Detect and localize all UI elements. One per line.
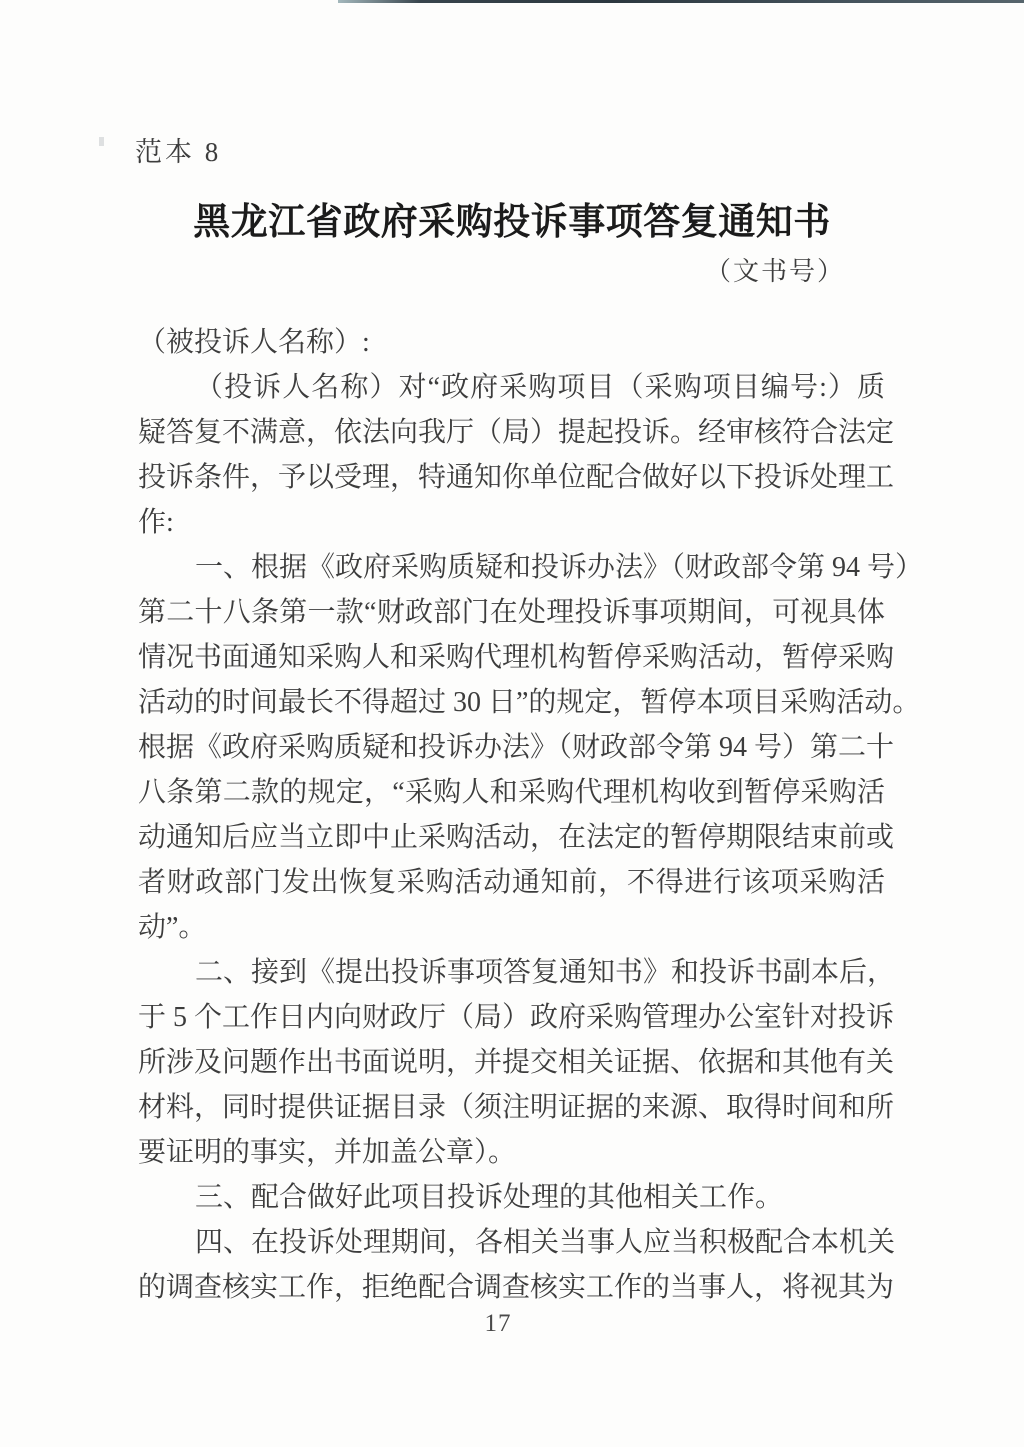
document-title: 黑龙江省政府采购投诉事项答复通知书	[0, 191, 1024, 245]
body-line: 作:	[138, 500, 885, 545]
body-line: 所涉及问题作出书面说明，并提交相关证据、依据和其他有关	[138, 1040, 885, 1085]
body-line: 一、根据《政府采购质疑和投诉办法》（财政部令第 94 号）	[138, 545, 885, 590]
page-number: 17	[0, 1310, 996, 1338]
body-line-salutation: （被投诉人名称）:	[138, 320, 885, 365]
body-line: 八条第二款的规定，“采购人和采购代理机构收到暂停采购活	[138, 770, 885, 815]
scan-artifact-speck	[99, 137, 104, 146]
document-number-placeholder: （文书号）	[705, 251, 845, 288]
body-line: 活动的时间最长不得超过 30 日”的规定，暂停本项目采购活动。	[138, 680, 885, 725]
scan-artifact-line	[338, 0, 1024, 3]
body-line: 三、配合做好此项目投诉处理的其他相关工作。	[138, 1175, 885, 1220]
body-line: 情况书面通知采购人和采购代理机构暂停采购活动，暂停采购	[138, 635, 885, 680]
body-line: 动”。	[138, 905, 885, 950]
body-line: 投诉条件，予以受理，特通知你单位配合做好以下投诉处理工	[138, 455, 885, 500]
body-line: 的调查核实工作，拒绝配合调查核实工作的当事人，将视其为	[138, 1265, 885, 1310]
body-line: 于 5 个工作日内向财政厅（局）政府采购管理办公室针对投诉	[138, 995, 885, 1040]
body-line: 要证明的事实，并加盖公章）。	[138, 1130, 885, 1175]
template-label: 范本 8	[135, 130, 221, 169]
body-line: 者财政部门发出恢复采购活动通知前，不得进行该项采购活	[138, 860, 885, 905]
body-line: 根据《政府采购质疑和投诉办法》（财政部令第 94 号）第二十	[138, 725, 885, 770]
body-line: 动通知后应当立即中止采购活动，在法定的暂停期限结束前或	[138, 815, 885, 860]
body-line: 四、在投诉处理期间，各相关当事人应当积极配合本机关	[138, 1220, 885, 1265]
body-line: 第二十八条第一款“财政部门在处理投诉事项期间，可视具体	[138, 590, 885, 635]
document-body: （被投诉人名称）: （投诉人名称）对“政府采购项目（采购项目编号:）质 疑答复不…	[138, 320, 885, 1310]
body-line: （投诉人名称）对“政府采购项目（采购项目编号:）质	[138, 365, 885, 410]
body-line: 疑答复不满意，依法向我厅（局）提起投诉。经审核符合法定	[138, 410, 885, 455]
document-page: 范本 8 黑龙江省政府采购投诉事项答复通知书 （文书号） （被投诉人名称）: （…	[0, 0, 1024, 1447]
body-line: 材料，同时提供证据目录（须注明证据的来源、取得时间和所	[138, 1085, 885, 1130]
body-line: 二、接到《提出投诉事项答复通知书》和投诉书副本后，	[138, 950, 885, 995]
